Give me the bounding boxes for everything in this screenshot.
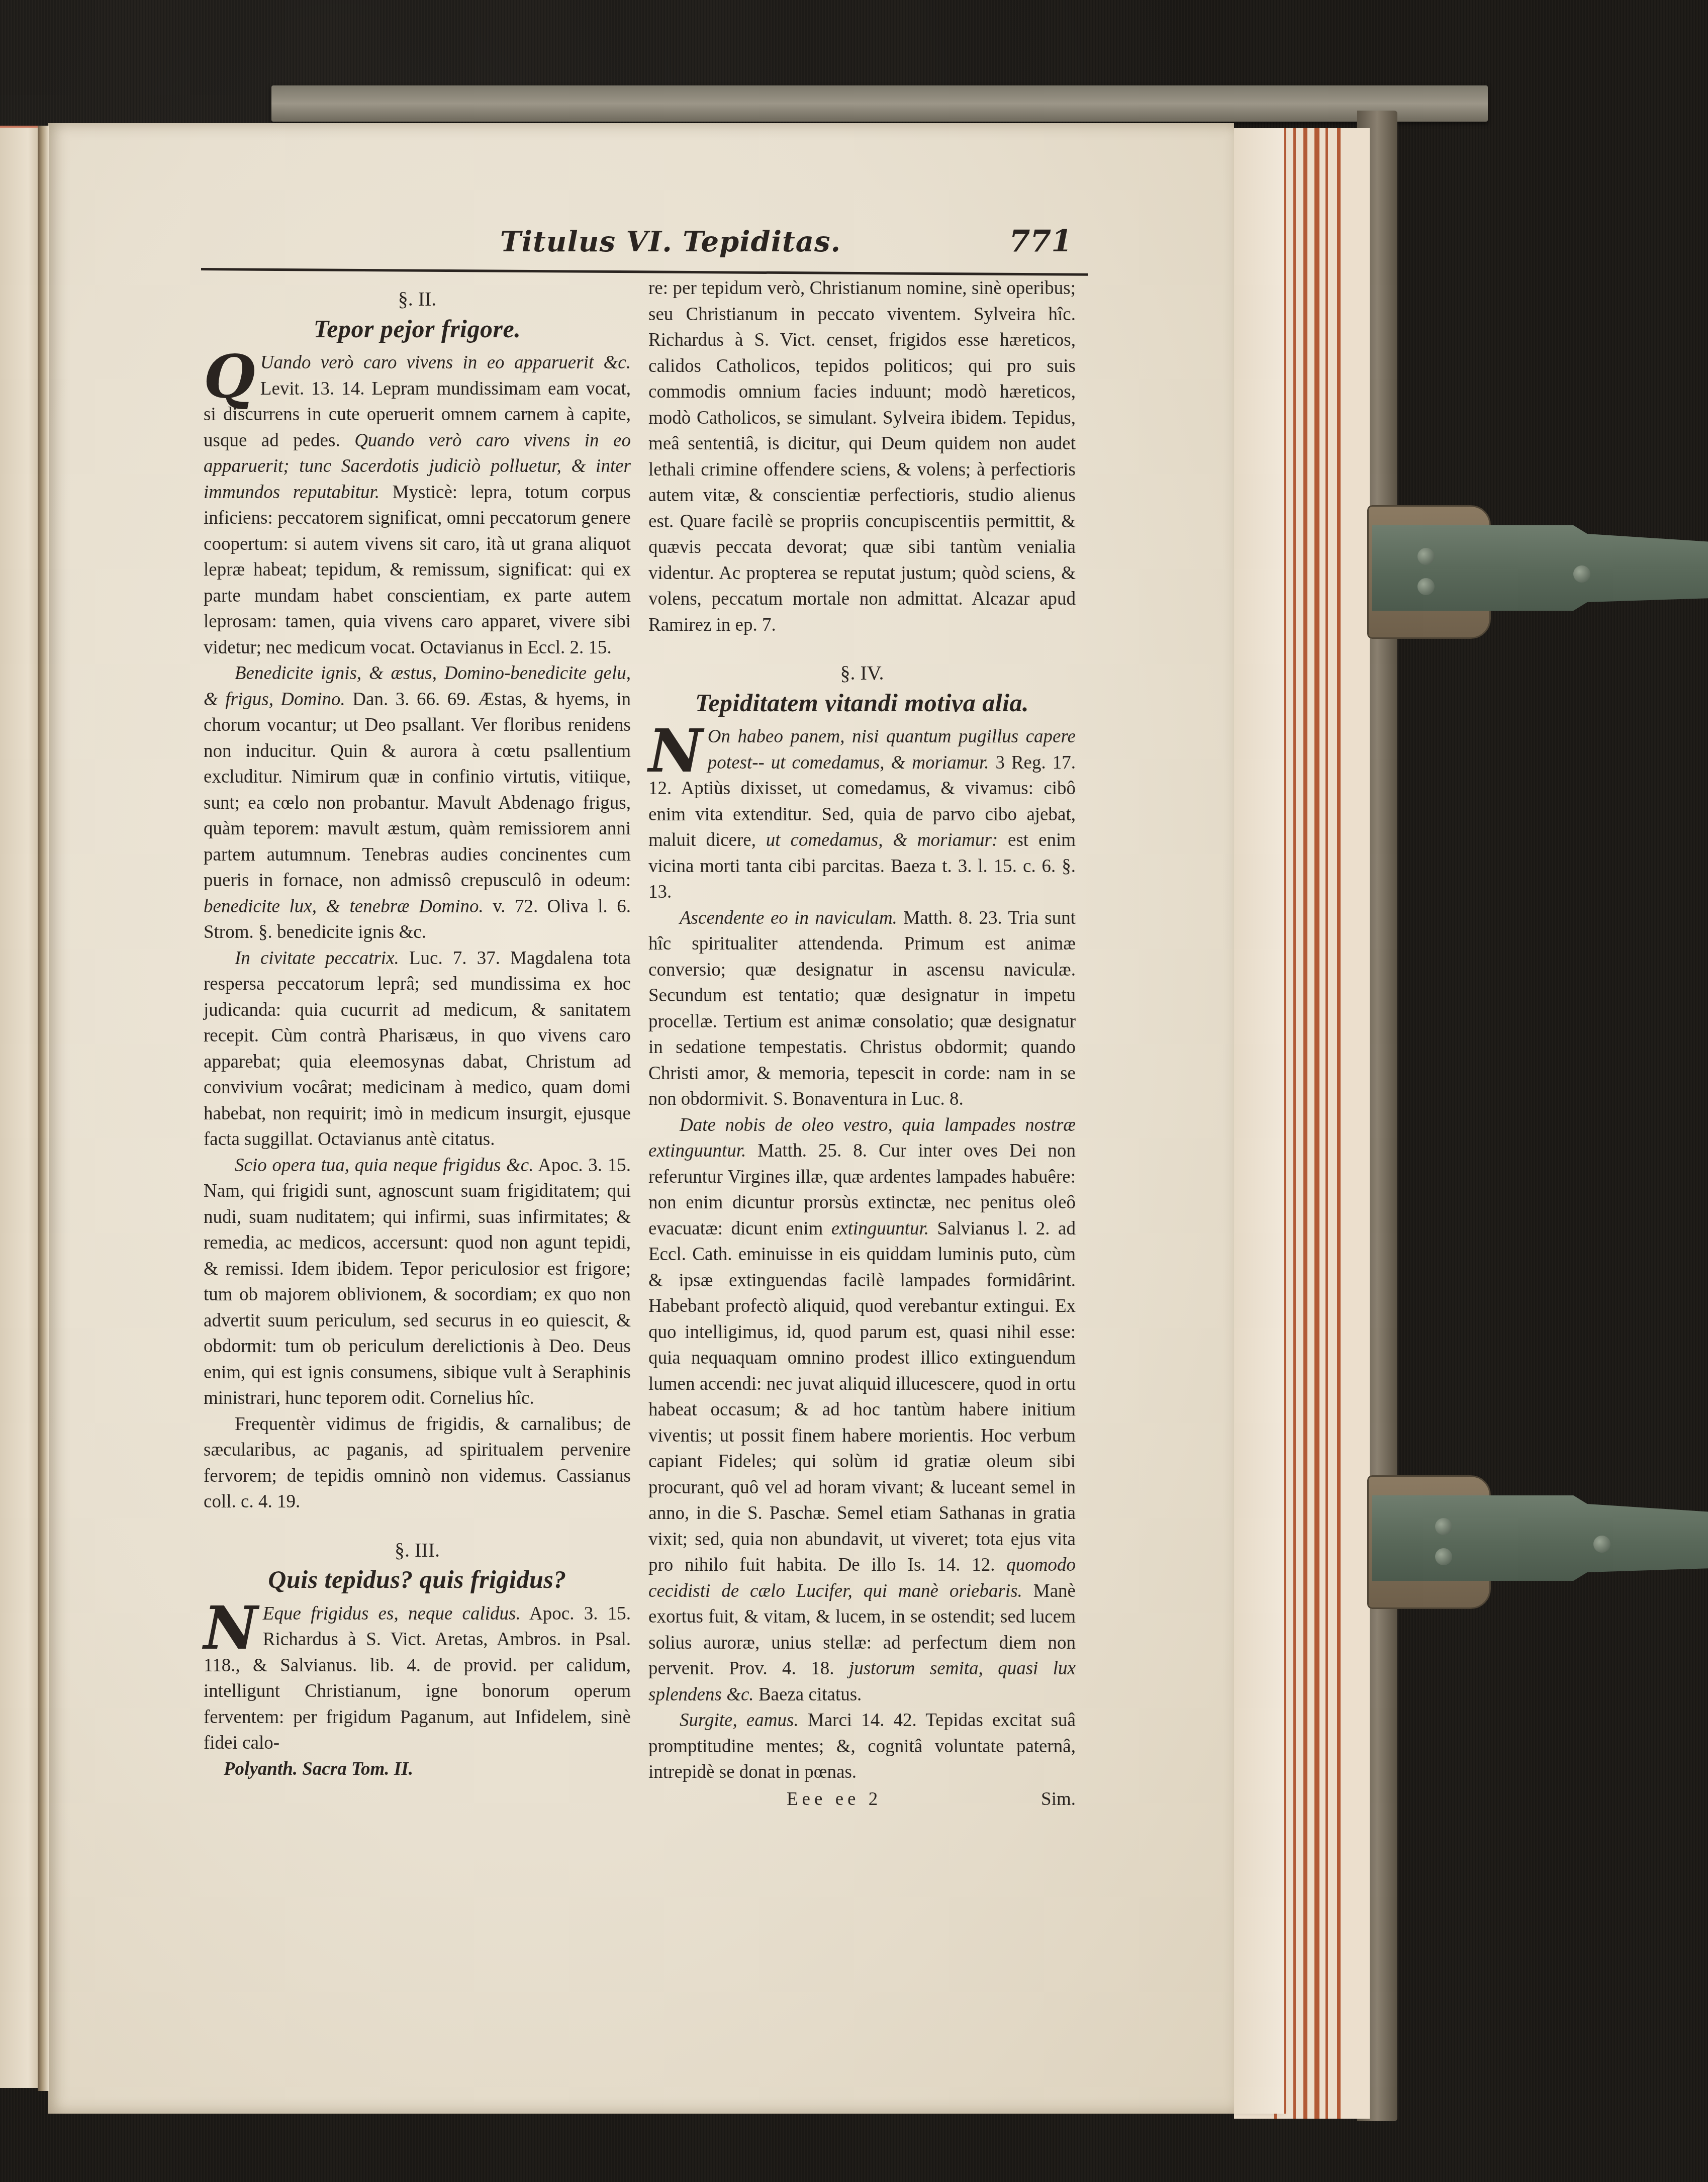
paragraph: NEque frigidus es, neque calidus. Apoc. … [204,1601,631,1756]
section-number: §. IV. [648,660,1076,686]
section-number: §. II. [204,286,631,312]
paragraph: Surgite, eamus. Marci 14. 42. Tepidas ex… [648,1707,1076,1785]
paragraph: NOn habeo panem, nisi quantum pugillus c… [648,724,1076,905]
printed-text: Titulus VI. Tepiditas. 771 §. II. Tepor … [0,0,1708,2182]
section-number: §. III. [204,1537,631,1563]
running-title: Titulus VI. Tepiditas. [500,225,841,258]
paragraph: QUando verò caro vivens in eo apparuerit… [204,350,631,660]
paragraph: re: per tepidum verò, Christianum nomine… [648,275,1076,638]
head-rule [201,268,1088,276]
paragraph: Scio opera tua, quia neque frigidus &c. … [204,1153,631,1411]
drop-cap: Q [204,353,255,401]
paragraph: Frequentèr vidimus de frigidis, & carnal… [204,1411,631,1515]
section-title: Tepiditatem vitandi motiva alia. [648,690,1076,716]
page-footer: Eee ee 2 Sim. [648,1786,1076,1813]
paragraph: Date nobis de oleo vestro, quia lampades… [648,1112,1076,1708]
signature-mark: Eee ee 2 [648,1786,882,1813]
paragraph: In civitate peccatrix. Luc. 7. 37. Magda… [204,945,631,1153]
running-head: Titulus VI. Tepiditas. 771 [500,224,1083,264]
section-title: Quis tepidus? quis frigidus? [204,1567,631,1593]
page-number: 771 [1009,224,1083,259]
left-column: §. II. Tepor pejor frigore. QUando verò … [204,279,631,1782]
paragraph: Ascendente eo in naviculam. Matth. 8. 23… [648,905,1076,1112]
section-title: Tepor pejor frigore. [204,316,631,342]
right-column: re: per tepidum verò, Christianum nomine… [648,275,1076,1812]
catchword: Sim. [1041,1786,1076,1813]
drop-cap: N [648,727,703,775]
drop-cap: N [204,1604,258,1652]
paragraph: Benedicite ignis, & æstus, Domino-benedi… [204,660,631,945]
footer-title: Polyanth. Sacra Tom. II. [204,1756,631,1782]
